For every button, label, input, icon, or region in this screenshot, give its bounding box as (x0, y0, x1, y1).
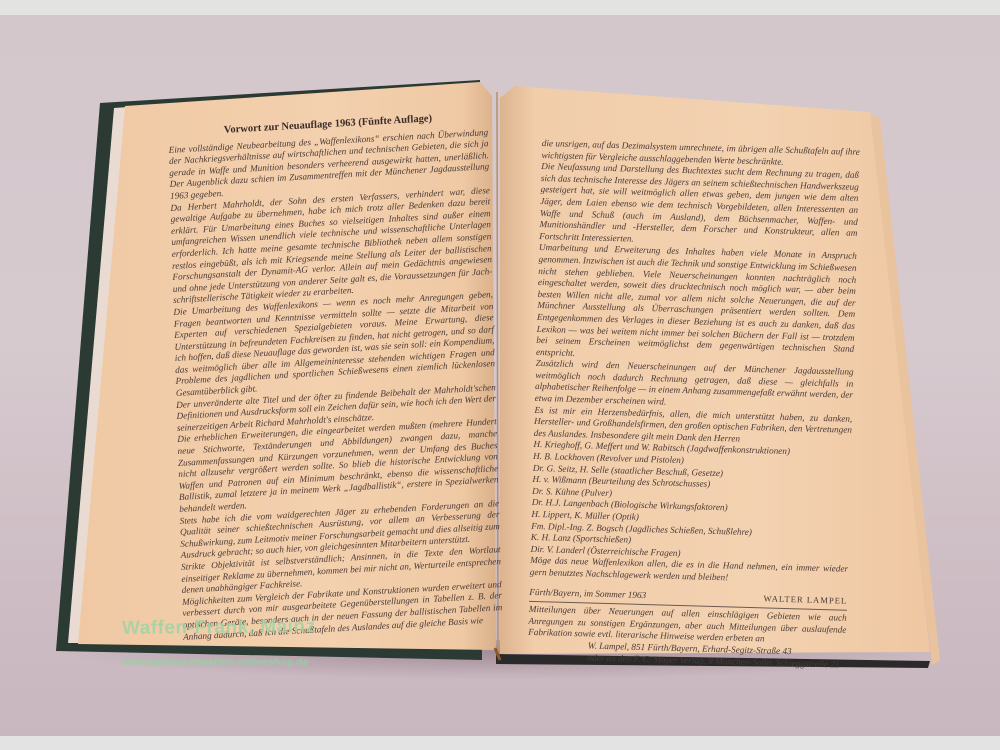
signature-row: Fürth/Bayern, im Sommer 1963 WALTER LAMP… (529, 586, 847, 606)
watermark-url: www.gebrauchtwaffen-onlineshop.de (122, 657, 309, 668)
author-signature: WALTER LAMPEL (763, 593, 847, 607)
place-date: Fürth/Bayern, im Sommer 1963 (529, 586, 646, 601)
paragraph: Umarbeitung und Erweiterung des Inhaltes… (536, 242, 857, 367)
watermark-name: Waffen-Frank, Mainz (122, 616, 316, 640)
left-page-text: Vorwort zur Neuauflage 1963 (Fünfte Aufl… (168, 110, 503, 643)
paragraph: Da Herbert Mahrholdt, der Sohn des erste… (170, 185, 493, 307)
paragraph: Die Umarbeitung des Waffenlexikons — wen… (173, 289, 495, 400)
right-page-text: die unsrigen, auf das Dezimalsystem umre… (527, 138, 860, 671)
acknowledgement-list: H. Krieghoff, G. Meffert und W. Rabitsch… (530, 439, 851, 564)
paragraph: Zusätzlich wird den Neuerscheinungen auf… (535, 358, 854, 413)
paragraph: Die Neufassung und Darstellung des Bucht… (539, 161, 859, 251)
